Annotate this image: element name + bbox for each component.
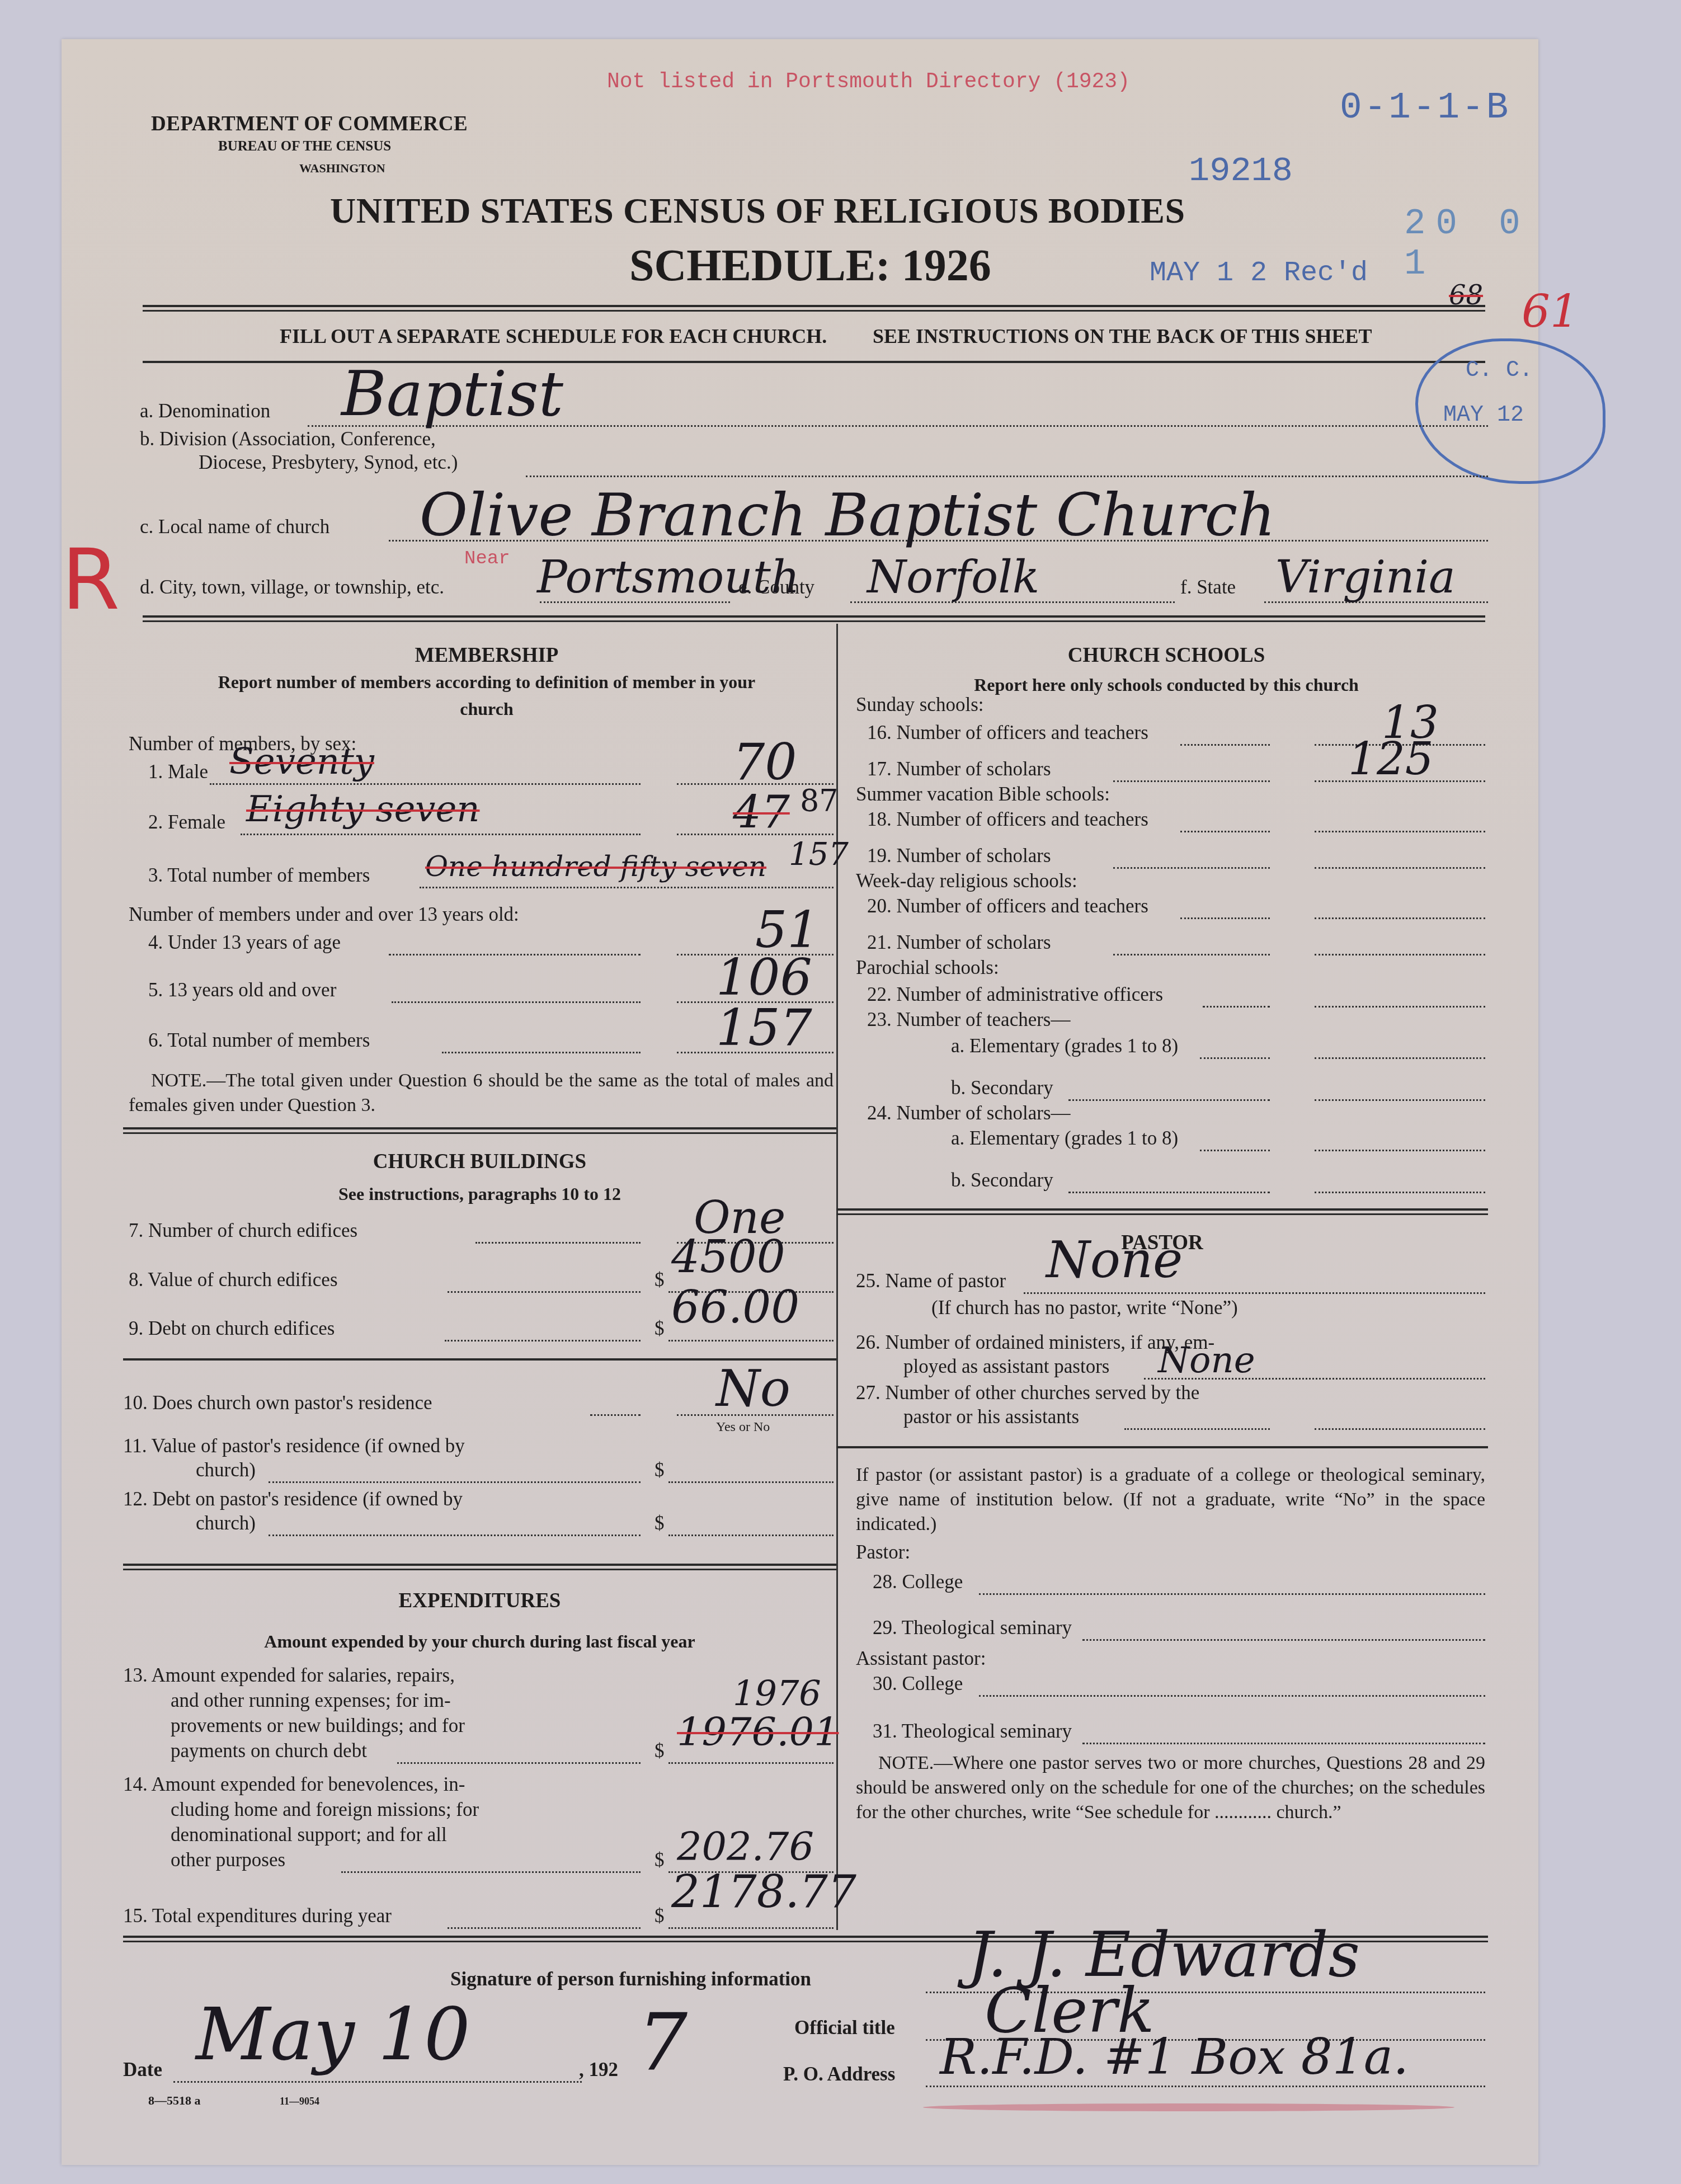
denomination-field[interactable]: Baptist [341,358,563,430]
scholars-elementary-dots [1200,1150,1270,1151]
margin-letter-r: R [62,531,120,629]
benevolences-label-4: other purposes [171,1849,285,1871]
total-expenditures-dots [448,1927,641,1929]
summer-officers-dots [1180,831,1270,832]
benevolences-label-3: denominational support; and for all [171,1824,447,1846]
address-label: P. O. Address [783,2063,895,2086]
dollar-sign: $ [654,1269,665,1291]
other-churches-line [1315,1428,1485,1430]
total-members-6-label: 6. Total number of members [148,1029,370,1052]
total-expenditures-field[interactable]: 2178.77 [671,1866,856,1918]
edifices-debt-line [668,1340,834,1342]
edifices-count-label: 7. Number of church edifices [129,1220,357,1242]
female-words-line [241,834,641,835]
identification-rule [143,615,1485,622]
total-members-label: 3. Total number of members [148,864,370,887]
owns-residence-label: 10. Does church own pastor's residence [123,1392,432,1414]
address-field[interactable]: R.F.D. #1 Box 81a. [940,2028,1409,2086]
date-field[interactable]: May 10 [196,1992,470,2077]
schools-title: CHURCH SCHOOLS [845,643,1488,667]
total-expenditures-line [668,1927,834,1929]
age-label: Number of members under and over 13 year… [129,903,519,926]
pastor-seminary-label: 29. Theological seminary [873,1617,1072,1639]
edifices-debt-dots [445,1340,641,1342]
teachers-label: 23. Number of teachers— [867,1009,1070,1031]
buildings-title: CHURCH BUILDINGS [123,1150,836,1174]
pastor-name-label: 25. Name of pastor [856,1270,1006,1292]
buildings-rule [123,1564,836,1570]
graduate-note: If pastor (or assistant pastor) is a gra… [856,1463,1485,1537]
assistant-college-line [979,1695,1485,1697]
male-field[interactable]: 70 [733,733,797,792]
admin-officers-label: 22. Number of administrative officers [867,983,1163,1006]
schools-rule [836,1208,1488,1215]
total-expenditures-label: 15. Total expenditures during year [123,1905,392,1927]
admin-officers-dots [1203,1006,1270,1008]
date-line [173,2081,582,2083]
dollar-sign: $ [654,1905,665,1927]
division-line [526,476,1488,477]
year-field[interactable]: 7 [638,1997,688,2088]
edifices-debt-label: 9. Debt on church edifices [129,1317,335,1340]
running-expenses-label-4: payments on church debt [171,1740,367,1762]
signature-label: Signature of person furnishing informati… [450,1968,811,1990]
teachers-secondary-dots [1068,1099,1270,1101]
male-words-line [210,783,641,785]
pastor-seminary-line [1082,1639,1485,1641]
running-expenses-label-2: and other running expenses; for im- [171,1689,451,1712]
count-red: 61 [1522,285,1579,337]
division-label-1: b. Division (Association, Conference, [140,428,436,450]
county-field[interactable]: Norfolk [867,551,1039,603]
residence-value-label-1: 11. Value of pastor's residence (if owne… [123,1435,465,1457]
benevolences-label-1: 14. Amount expended for benevolences, in… [123,1773,465,1796]
other-churches-dots [1124,1428,1270,1430]
city-name: WASHINGTON [299,161,385,176]
male-label: 1. Male [148,761,208,783]
residence-value-dots [269,1481,641,1483]
scholars-secondary-dots [1068,1192,1270,1193]
owns-residence-dots [590,1414,641,1416]
division-label-2: Diocese, Presbytery, Synod, etc.) [199,451,458,474]
state-field[interactable]: Virginia [1275,551,1456,603]
weekday-officers-dots [1180,917,1270,919]
cc-stamp-date: MAY 12 [1443,403,1524,428]
edifices-debt-field[interactable]: 66.00 [671,1281,799,1333]
typed-note-directory: Not listed in Portsmouth Directory (1923… [607,70,1130,94]
assistant-seminary-label: 31. Theological seminary [873,1720,1072,1743]
expenditures-subtitle: Amount expended by your church during la… [123,1628,836,1655]
banner-right: SEE INSTRUCTIONS ON THE BACK OF THIS SHE… [873,324,1372,348]
running-expenses-red-value: 1976 [733,1673,821,1714]
year-prefix: , 192 [579,2059,618,2081]
teachers-elementary-label: a. Elementary (grades 1 to 8) [951,1035,1178,1057]
residence-debt-dots [269,1535,641,1536]
membership-subtitle: Report number of members according to de… [199,669,775,722]
print-number: 11—9054 [280,2096,319,2107]
expenditures-title: EXPENDITURES [123,1589,836,1613]
scholars-secondary-label: b. Secondary [951,1169,1053,1192]
ordained-ministers-field[interactable]: None [1158,1340,1255,1381]
female-field[interactable]: 87 [800,783,839,818]
other-churches-label-2: pastor or his assistants [903,1406,1079,1428]
state-label: f. State [1180,576,1236,599]
membership-rule [123,1127,836,1134]
form-number: 8—5518 a [148,2093,201,2108]
running-expenses-field[interactable]: 1976.01 [677,1709,839,1755]
summer-schools-label: Summer vacation Bible schools: [856,783,1110,806]
dollar-sign: $ [654,1512,665,1535]
benevolences-label-2: cluding home and foreign missions; for [171,1799,479,1821]
pastor-college-line [979,1593,1485,1595]
official-title-label: Official title [794,2017,895,2039]
cc-stamp-label: C. C. [1466,358,1533,383]
department-name: DEPARTMENT OF COMMERCE [151,112,468,136]
teachers-secondary-label: b. Secondary [951,1077,1053,1099]
dollar-sign: $ [654,1459,665,1481]
sunday-officers-dots [1180,744,1270,746]
under-13-label: 4. Under 13 years of age [148,931,341,954]
running-expenses-label-1: 13. Amount expended for salaries, repair… [123,1664,455,1687]
dollar-sign: $ [654,1740,665,1762]
weekday-schools-label: Week-day religious schools: [856,870,1077,892]
scholars-secondary-line [1315,1192,1485,1193]
denomination-label: a. Denomination [140,400,270,422]
parochial-schools-label: Parochial schools: [856,957,999,979]
membership-note: NOTE.—The total given under Question 6 s… [129,1069,834,1118]
benevolences-dots [341,1871,641,1873]
date-label: Date [123,2059,162,2081]
teachers-elementary-dots [1200,1057,1270,1059]
admin-officers-line [1315,1006,1485,1008]
weekday-officers-line [1315,917,1485,919]
edifices-count-dots [475,1242,641,1244]
dollar-sign: $ [654,1849,665,1871]
received-stamp: MAY 1 2 Rec'd [1150,257,1368,289]
membership-title: MEMBERSHIP [143,643,831,667]
sunday-schools-label: Sunday schools: [856,694,983,716]
banner-left: FILL OUT A SEPARATE SCHEDULE FOR EACH CH… [280,324,827,348]
edifices-value-dots [448,1291,641,1293]
residence-debt-line [668,1535,834,1536]
pastor-section-label: Pastor: [856,1541,910,1564]
number-stamp: 20 0 1 [1404,204,1538,285]
edifices-value-label: 8. Value of church edifices [129,1269,338,1291]
summer-scholars-line [1315,867,1485,869]
yes-or-no-hint: Yes or No [716,1420,770,1435]
scholars-label: 24. Number of scholars— [867,1102,1071,1124]
pastor-name-line [1024,1292,1485,1294]
address-line [926,2086,1485,2087]
weekday-scholars-label: 21. Number of scholars [867,931,1051,954]
female-label: 2. Female [148,811,225,834]
sunday-scholars-field[interactable]: 125 [1348,733,1434,785]
pastor-name-field[interactable]: None [1046,1231,1183,1289]
residence-debt-label-2: church) [196,1512,256,1535]
teachers-elementary-line [1315,1057,1485,1059]
county-label: e. County [738,576,814,599]
pastor-note: NOTE.—Where one pastor serves two or mor… [856,1751,1485,1825]
bureau-name: BUREAU OF THE CENSUS [218,139,391,154]
total-members-6-field[interactable]: 157 [716,999,812,1057]
schedule-year: SCHEDULE: 1926 [629,241,991,291]
sunday-officers-label: 16. Number of officers and teachers [867,722,1148,744]
assistant-college-label: 30. College [873,1673,963,1695]
pastor-college-label: 28. College [873,1571,963,1593]
edifices-value-field[interactable]: 4500 [671,1231,785,1283]
sunday-scholars-dots [1113,780,1270,782]
dollar-sign: $ [654,1317,665,1340]
header-rule [143,305,1485,312]
residence-value-label-2: church) [196,1459,256,1481]
total-members-words: One hundred fifty seven [425,850,766,883]
pastor-name-hint: (If church has no pastor, write “None”) [931,1297,1238,1319]
under-13-dots [389,954,641,956]
form-title: UNITED STATES CENSUS OF RELIGIOUS BODIES [330,190,1185,232]
running-expenses-line [668,1762,834,1764]
pastor-rule [836,1446,1488,1448]
male-words: Seventy [229,741,374,783]
red-underline-mark [923,2103,1454,2111]
weekday-scholars-dots [1113,954,1270,956]
total-members-6-dots [442,1052,641,1053]
summer-scholars-label: 19. Number of scholars [867,845,1051,867]
summer-officers-label: 18. Number of officers and teachers [867,808,1148,831]
scholars-elementary-label: a. Elementary (grades 1 to 8) [951,1127,1178,1150]
summer-scholars-dots [1113,867,1270,869]
owns-residence-field[interactable]: No [716,1359,790,1418]
total-members-line [420,887,834,888]
sunday-scholars-label: 17. Number of scholars [867,758,1051,780]
over-13-dots [392,1001,641,1003]
teachers-secondary-line [1315,1099,1485,1101]
serial-stamp: 19218 [1189,151,1293,191]
code-stamp: 0-1-1-B [1340,87,1510,129]
weekday-officers-label: 20. Number of officers and teachers [867,895,1148,917]
near-note: Near [464,548,510,569]
over-13-label: 5. 13 years old and over [148,979,336,1001]
benevolences-field[interactable]: 202.76 [677,1824,814,1870]
weekday-scholars-line [1315,954,1485,956]
other-churches-label-1: 27. Number of other churches served by t… [856,1382,1199,1404]
summer-officers-line [1315,831,1485,832]
scholars-elementary-line [1315,1150,1485,1151]
ordained-ministers-label-2: ployed as assistant pastors [903,1355,1109,1378]
residence-value-line [668,1481,834,1483]
assistant-section-label: Assistant pastor: [856,1648,986,1670]
female-words: Eighty seven [246,789,480,830]
church-name-field[interactable]: Olive Branch Baptist Church [420,481,1275,549]
census-schedule-sheet: Not listed in Portsmouth Directory (1923… [62,39,1538,2165]
total-members-field[interactable]: 157 [789,836,849,873]
assistant-seminary-line [1082,1743,1485,1744]
running-expenses-dots [397,1762,641,1764]
church-name-label: c. Local name of church [140,516,329,538]
running-expenses-label-3: provements or new buildings; and for [171,1715,465,1737]
city-label: d. City, town, village, or township, etc… [140,576,444,599]
residence-debt-label-1: 12. Debt on pastor's residence (if owned… [123,1488,463,1510]
female-value-struck: 47 [733,786,790,838]
